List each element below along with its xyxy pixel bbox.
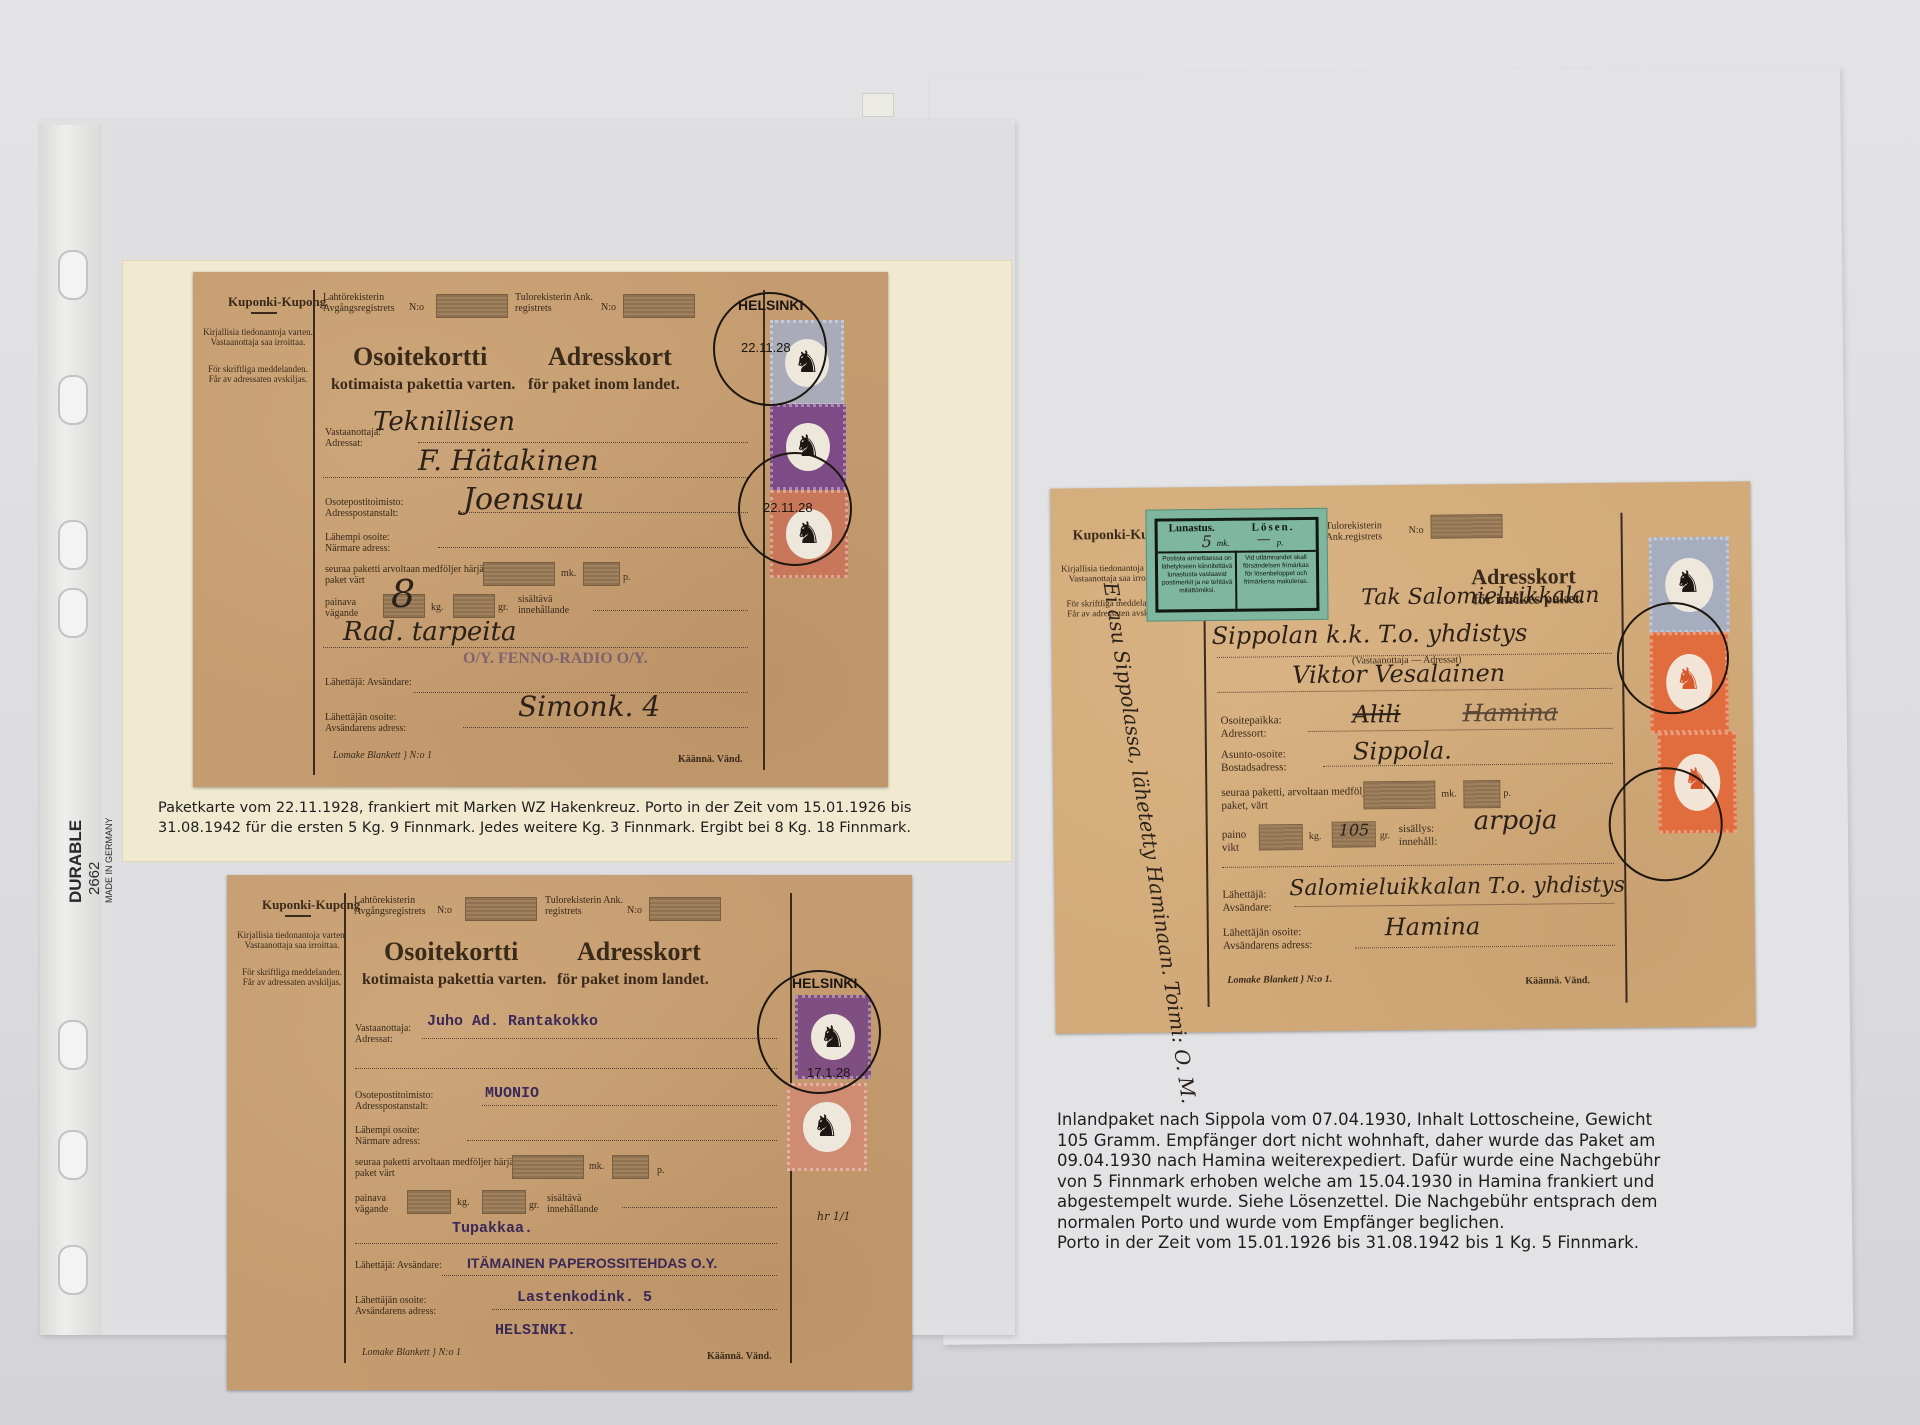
weight-box-gr [482,1190,526,1214]
contents-value: Tupakkaa. [452,1220,533,1237]
punch-hole [58,1130,88,1180]
value-box-p [612,1155,649,1179]
sender-city: HELSINKI. [495,1322,576,1339]
dotted-line [482,1105,777,1106]
title-fi: Osoitekortti [353,342,487,372]
gr-label: gr. [529,1200,539,1211]
subtitle-sv: för paket inom landet. [528,376,680,394]
coupon-divider [251,312,277,314]
brand-model: 2662 [86,862,103,895]
near-address-label: Lähempi osoite: Närmare adress: [355,1125,455,1147]
weight-box-gr [453,594,495,618]
place-label: Osoitepaikka: Adressort: [1221,714,1311,741]
recipient-value-2: Viktor Vesalainen [1292,659,1505,689]
register-box [436,294,508,318]
dotted-line [463,727,748,728]
dotted-line [355,1068,777,1069]
subtitle-sv: för paket inom landet. [557,971,709,989]
coupon-divider [285,915,311,917]
sender-value: Salomieluikkalan T.o. yhdistys [1289,873,1625,902]
coupon-perforation [313,290,315,775]
weight-box-kg [407,1190,451,1214]
title-sv: Adresskort [577,937,701,967]
brand-origin: MADE IN GERMANY [104,817,114,903]
postmark-city: HELSINKI [738,297,803,313]
sender-address-label: Lähettäjän osoite: Avsändarens adress: [325,712,445,734]
p-label: p. [623,572,631,583]
sender-rubber-stamp: O/Y. FENNO-RADIO O/Y. [463,650,648,668]
no-label: N:o [627,905,642,916]
sender-address-label: Lähettäjän osoite: Avsändarens adress: [1223,926,1353,953]
pencil-note: hr 1/1 [817,1210,851,1223]
collect-p-label: p. [1277,537,1284,547]
mk-label: mk. [1441,788,1456,799]
sender-label: Lähettäjä: Avsändare: [355,1260,445,1271]
arrival-register-label: Tulorekisterin Ank.registrets [1326,520,1406,543]
dotted-line [1222,863,1614,868]
weight-label: painava vägande [355,1193,405,1215]
brand-label: DURABLE 2662 MADE IN GERMANY [66,785,126,905]
title-fi: Osoitekortti [384,937,518,967]
mk-label: mk. [589,1161,604,1172]
brand-name: DURABLE [66,820,86,903]
collect-amount-mk: 5 [1202,532,1212,551]
value-box-mk [1363,781,1435,810]
contents-label: sisältävä innehållande [547,1193,627,1215]
post-office-value: MUONIO [485,1085,539,1102]
p-label: p. [1503,788,1511,799]
register-box [1430,514,1502,539]
value-box-mk [512,1155,584,1179]
value-box-mk [483,562,555,586]
arrival-register-label: Tulorekisterin Ank. registrets [515,292,595,314]
contents-label: sisältävä innehållande [518,594,598,616]
postmark [1616,602,1729,715]
dotted-line [418,442,748,443]
side-note: Ei asu Sippolassa, lähetetty Haminaan. T… [1099,580,1189,1019]
sender-label: Lähettäjä: Avsändare: [325,677,415,688]
residence-value: Sippola. [1353,736,1452,765]
lion-emblem-icon: ♞ [1674,565,1701,600]
dotted-line [622,1207,777,1208]
arrival-register-label: Tulorekisterin Ank. registrets [545,895,625,917]
caption-right: Inlandpaket nach Sippola vom 07.04.1930,… [1057,1110,1737,1254]
coupon-perforation [344,893,346,1363]
form-number: Lomake Blankett } N:o 1. [1227,974,1332,986]
postmark [1608,767,1723,882]
post-office-label: Osotepostitoimisto: Adresspostanstalt: [325,497,445,519]
collect-note-fi: Postista annettaessa on lähetykseen kiin… [1161,555,1233,596]
contents-label: sisällys: innehåll: [1399,822,1459,849]
turn-over-label: Käännä. Vänd. [707,1351,772,1362]
dotted-line [467,1140,777,1141]
kg-label: kg. [1309,831,1322,842]
dotted-line [458,512,748,513]
dotted-line [323,477,748,478]
punch-hole [58,250,88,300]
sender-address-label: Lähettäjän osoite: Avsändarens adress: [355,1295,475,1317]
collect-on-delivery-label: Lunastus. Lösen. 5 mk. — p. Postista ann… [1145,508,1328,622]
punch-hole [58,1245,88,1295]
caption-line: 105 Gramm. Empfänger dort nicht wohnhaft… [1057,1131,1737,1152]
punch-hole [58,520,88,570]
dotted-line [593,610,748,611]
weight-label: painava vägande [325,597,375,619]
caption-line: von 5 Finnmark erhoben welche am 15.04.1… [1057,1172,1737,1193]
register-box [465,897,537,921]
postmark-city: HELSINKI [792,975,857,991]
dotted-line [442,1275,777,1276]
weight-label: paino vikt [1222,828,1262,854]
departure-register-label: Lahtörekisterin Avgångsregistrets [354,895,434,917]
no-label: N:o [409,302,424,313]
residence-label: Asunto-osoite: Bostadsadress: [1221,748,1321,775]
address-card-bottom-left: Kuponki-Kupong Kirjallisia tiedonantoja … [227,875,912,1390]
coupon-perforation [1203,607,1209,1007]
punch-hole [58,375,88,425]
dotted-line [1355,945,1615,949]
departure-register-label: Lahtörekisterin Avgångsregistrets [323,292,403,314]
forward-note: Tak Salomieluikkalan [1361,583,1599,610]
no-label: N:o [1409,525,1424,536]
form-number: Lomake Blankett } N:o 1 [362,1347,461,1358]
dotted-line [1295,903,1615,907]
dotted-line [1217,688,1612,693]
register-box [649,897,721,921]
coupon-note-sv: För skriftliga meddelanden. Får av adres… [237,967,347,987]
weight-value: 8 [391,572,415,616]
place-value-new: Hamina [1462,698,1558,727]
weight-box-kg [1259,824,1303,850]
turn-over-label: Käännä. Vänd. [678,754,743,765]
collect-note-sv: Vid utlämnandet skall försändelsen frimä… [1239,554,1313,587]
dotted-line [492,1309,777,1310]
punch-hole [58,1020,88,1070]
value-box-p [583,562,620,586]
coupon-note-fi: Kirjallisia tiedonantoja varten. Vastaan… [237,930,347,950]
postmark-date: 17.1.28 [807,1065,850,1080]
postage-stamp: ♞ [787,1083,867,1171]
coupon-note-sv: För skriftliga meddelanden. Får av adres… [203,364,313,384]
near-address-label: Lähempi osoite: Närmare adress: [325,532,425,554]
dotted-line [323,647,748,648]
form-number: Lomake Blankett } N:o 1 [333,750,432,761]
mk-label: mk. [561,568,576,579]
caption-line: 09.04.1930 nach Hamina weiterexpediert. … [1057,1151,1737,1172]
subtitle-fi: kotimaista pakettia varten. [362,971,546,989]
caption-top-left: Paketkarte vom 22.11.1928, frankiert mit… [158,798,998,838]
recipient-value-1: Sippolan k.k. T.o. yhdistys [1212,619,1528,650]
punch-hole [58,588,88,638]
caption-line: normalen Porto und wurde vom Empfänger b… [1057,1213,1737,1234]
title-sv: Adresskort [548,342,672,372]
caption-line: abgestempelt wurde. Siehe Lösenzettel. D… [1057,1192,1737,1213]
value-box-p [1463,780,1500,808]
caption-line: Inlandpaket nach Sippola vom 07.04.1930,… [1057,1110,1737,1131]
coupon-title: Kuponki-Kupong [228,294,326,310]
postmark-date: 22.11.28 [763,500,813,515]
collect-amount-p: — [1257,531,1271,547]
sender-value: ITÄMAINEN PAPEROSSITEHDAS O.Y. [467,1255,717,1271]
turn-over-label: Käännä. Vänd. [1525,975,1590,987]
dotted-line [422,1038,777,1039]
post-office-label: Osotepostitoimisto: Adresspostanstalt: [355,1090,475,1112]
no-label: N:o [601,302,616,313]
stamp-column-line [1620,513,1627,1003]
sender-address-value: Simonk. 4 [518,690,660,723]
lion-emblem-icon: ♞ [812,1109,839,1144]
register-box [623,294,695,318]
recipient-value-1: Teknillisen [373,407,515,437]
kg-label: kg. [431,602,444,613]
address-card-top-left: Kuponki-Kupong Kirjallisia tiedonantoja … [193,272,888,787]
recipient-value: Juho Ad. Rantakokko [427,1013,598,1030]
sender-address-value: Lastenkodink. 5 [517,1289,652,1306]
sheet-tab [862,93,894,117]
contents-value: arpoja [1474,805,1558,836]
dotted-line [438,547,748,548]
postmark-date: 22.11.28 [741,340,791,355]
gr-value: 105 [1339,820,1370,839]
contents-value: Rad. tarpeita [343,617,517,647]
dotted-line [355,1243,777,1244]
gr-label: gr. [498,602,508,613]
subtitle-fi: kotimaista pakettia varten. [331,376,515,394]
recipient-value-2: F. Hätakinen [418,444,598,477]
address-card-right: Kuponki-Kupong Kirjallisia tiedonantoja … [1050,481,1756,1033]
caption-line: Porto in der Zeit vom 15.01.1926 bis 31.… [1057,1233,1737,1254]
p-label: p. [657,1165,665,1176]
sender-address-value: Hamina [1385,912,1481,941]
kg-label: kg. [457,1197,470,1208]
place-value-struck: Alili [1352,700,1400,729]
coupon-note-fi: Kirjallisia tiedonantoja varten. Vastaan… [203,327,313,347]
no-label: N:o [437,905,452,916]
collect-mk-label: mk. [1217,538,1230,548]
gr-label: gr. [1380,830,1390,841]
